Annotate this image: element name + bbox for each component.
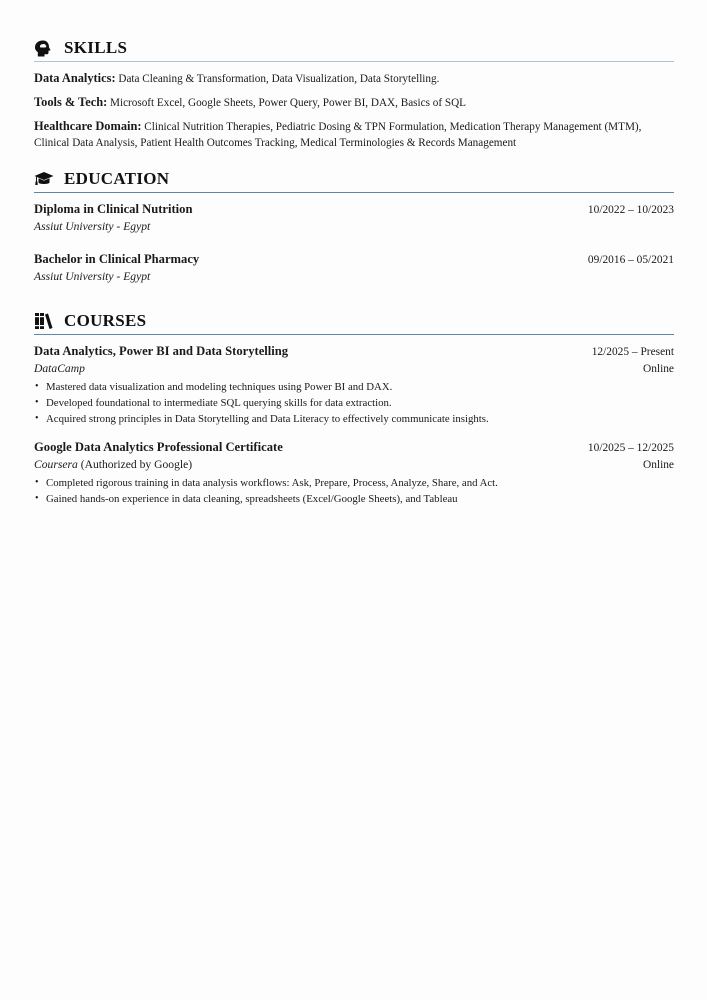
course-entry: Data Analytics, Power BI and Data Storyt… bbox=[34, 343, 674, 427]
bullet-item: Acquired strong principles in Data Story… bbox=[46, 411, 516, 427]
bullet-item: Mastered data visualization and modeling… bbox=[46, 379, 516, 395]
course-dates: 10/2025 – 12/2025 bbox=[588, 440, 674, 457]
course-provider: DataCamp bbox=[34, 361, 85, 377]
resume-page: SKILLS Data Analytics: Data Cleaning & T… bbox=[34, 36, 674, 523]
skill-line-data-analytics: Data Analytics: Data Cleaning & Transfor… bbox=[34, 70, 674, 87]
course-entry: Google Data Analytics Professional Certi… bbox=[34, 439, 674, 507]
skill-label: Data Analytics: bbox=[34, 71, 116, 85]
school-name: Assiut University - Egypt bbox=[34, 219, 674, 235]
skill-value: Microsoft Excel, Google Sheets, Power Qu… bbox=[110, 97, 466, 109]
section-title: EDUCATION bbox=[64, 169, 169, 189]
course-location: Online bbox=[643, 457, 674, 473]
degree-title: Diploma in Clinical Nutrition bbox=[34, 201, 193, 218]
bullet-item: Developed foundational to intermediate S… bbox=[46, 395, 516, 411]
skill-line-healthcare-domain: Healthcare Domain: Clinical Nutrition Th… bbox=[34, 118, 674, 151]
courses-header: COURSES bbox=[34, 309, 674, 335]
section-title: SKILLS bbox=[64, 38, 127, 58]
skills-section: SKILLS Data Analytics: Data Cleaning & T… bbox=[34, 36, 674, 151]
course-bullets: Mastered data visualization and modeling… bbox=[34, 379, 516, 427]
bullet-item: Gained hands-on experience in data clean… bbox=[46, 491, 516, 507]
provider-name: Coursera bbox=[34, 458, 78, 471]
courses-section: COURSES Data Analytics, Power BI and Dat… bbox=[34, 309, 674, 507]
books-icon bbox=[34, 312, 54, 330]
course-name: Data Analytics, Power BI and Data Storyt… bbox=[34, 343, 288, 360]
skills-header: SKILLS bbox=[34, 36, 674, 62]
course-bullets: Completed rigorous training in data anal… bbox=[34, 475, 516, 507]
skill-label: Tools & Tech: bbox=[34, 95, 107, 109]
education-dates: 09/2016 – 05/2021 bbox=[588, 252, 674, 269]
skill-line-tools-tech: Tools & Tech: Microsoft Excel, Google Sh… bbox=[34, 94, 674, 111]
section-title: COURSES bbox=[64, 311, 146, 331]
course-name: Google Data Analytics Professional Certi… bbox=[34, 439, 283, 456]
skill-label: Healthcare Domain: bbox=[34, 119, 141, 133]
course-provider: Coursera (Authorized by Google) bbox=[34, 457, 192, 473]
skill-value: Data Cleaning & Transformation, Data Vis… bbox=[118, 73, 439, 85]
degree-title: Bachelor in Clinical Pharmacy bbox=[34, 251, 199, 268]
education-header: EDUCATION bbox=[34, 167, 674, 193]
head-brain-icon bbox=[34, 39, 54, 57]
education-section: EDUCATION Diploma in Clinical Nutrition … bbox=[34, 167, 674, 285]
graduation-cap-icon bbox=[34, 170, 54, 188]
provider-name: DataCamp bbox=[34, 362, 85, 375]
provider-note: (Authorized by Google) bbox=[78, 458, 192, 471]
school-name: Assiut University - Egypt bbox=[34, 269, 674, 285]
course-dates: 12/2025 – Present bbox=[592, 344, 674, 361]
education-entry: Diploma in Clinical Nutrition 10/2022 – … bbox=[34, 201, 674, 235]
course-location: Online bbox=[643, 361, 674, 377]
education-dates: 10/2022 – 10/2023 bbox=[588, 202, 674, 219]
bullet-item: Completed rigorous training in data anal… bbox=[46, 475, 516, 491]
education-entry: Bachelor in Clinical Pharmacy 09/2016 – … bbox=[34, 251, 674, 285]
